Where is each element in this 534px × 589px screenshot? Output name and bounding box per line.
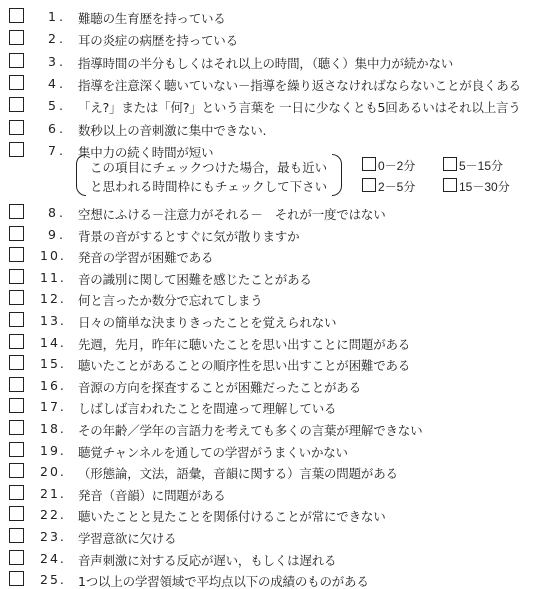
list-item[interactable]: 23.学習意欲に欠ける	[0, 528, 534, 548]
checkbox[interactable]	[362, 157, 376, 171]
checkbox[interactable]	[9, 75, 24, 90]
checkbox[interactable]	[9, 204, 24, 219]
item-number: 17.	[40, 399, 66, 414]
option-label: 5－15分	[459, 157, 503, 174]
item7-note: この項目にチェックつけた場合，最も近い と思われる時間枠にもチェックして下さい	[76, 154, 342, 198]
option-label: 0－2分	[378, 157, 415, 174]
item-text: 難聴の生育歴を持っている	[78, 9, 226, 27]
item-number: 4.	[48, 76, 66, 91]
item-text: 1つ以上の学習領域で平均点以下の成績のものがある	[78, 572, 369, 589]
checkbox[interactable]	[9, 269, 24, 284]
checkbox[interactable]	[9, 463, 24, 478]
item-text: 聴いたことがあることの順序性を思い出すことが困難である	[78, 356, 410, 374]
item-text: 指導を注意深く聴いていない－指導を繰り返さなければならないことが良くある	[78, 76, 521, 94]
item-number: 15.	[40, 356, 66, 371]
option-label: 2－5分	[378, 178, 415, 195]
option-label: 15－30分	[459, 178, 510, 195]
checkbox[interactable]	[9, 334, 24, 349]
list-item[interactable]: 25.1つ以上の学習領域で平均点以下の成績のものがある	[0, 571, 534, 589]
checkbox[interactable]	[9, 290, 24, 305]
checkbox[interactable]	[9, 442, 24, 457]
item-number: 12.	[40, 291, 66, 306]
item-number: 10.	[40, 248, 66, 263]
checkbox[interactable]	[9, 53, 24, 68]
item-text: 学習意欲に欠ける	[78, 529, 176, 547]
item-text: 音の識別に関して困難を感じたことがある	[78, 270, 312, 288]
list-item[interactable]: 10.発音の学習が困難である	[0, 247, 534, 267]
item-text: 音源の方向を探査することが困難だったことがある	[78, 378, 361, 396]
list-item[interactable]: 20.（形態論，文法，語彙，音韻に関する）言葉の問題がある	[0, 463, 534, 483]
list-item[interactable]: 17.しばしば言われたことを間違って理解している	[0, 398, 534, 418]
item-number: 16.	[40, 378, 66, 393]
item-text: 指導時間の半分もしくはそれ以上の時間，（聴く）集中力が続かない	[78, 54, 453, 72]
item-number: 21.	[40, 486, 66, 501]
list-item[interactable]: 22.聴いたことと見たことを関係付けることが常にできない	[0, 506, 534, 526]
item-text: 先週，先月，昨年に聴いたことを思い出すことに問題がある	[78, 335, 410, 353]
item-text: 日々の簡単な決まりきったことを覚えられない	[78, 313, 336, 331]
checkbox[interactable]	[9, 550, 24, 565]
item-number: 18.	[40, 421, 66, 436]
list-item[interactable]: 24.音声刺激に対する反応が遅い，もしくは遅れる	[0, 550, 534, 570]
list-item[interactable]: 1.難聴の生育歴を持っている	[0, 8, 534, 28]
item-number: 6.	[48, 121, 66, 136]
list-item[interactable]: 13.日々の簡単な決まりきったことを覚えられない	[0, 312, 534, 332]
list-item[interactable]: 9.背景の音がするとすぐに気が散りますか	[0, 226, 534, 246]
checkbox[interactable]	[9, 528, 24, 543]
note-line-1: この項目にチェックつけた場合，最も近い	[90, 158, 327, 176]
item-number: 19.	[40, 443, 66, 458]
checkbox[interactable]	[443, 178, 457, 192]
item-number: 1.	[48, 9, 66, 24]
checkbox[interactable]	[9, 97, 24, 112]
checkbox[interactable]	[9, 247, 24, 262]
item-number: 23.	[40, 529, 66, 544]
list-item[interactable]: 5.「え?」または「何?」という言葉を 一日に少なくとも5回あるいはそれ以上言う	[0, 97, 534, 117]
item-number: 24.	[40, 551, 66, 566]
list-item[interactable]: 21.発音（音韻）に問題がある	[0, 485, 534, 505]
item-number: 8.	[48, 205, 66, 220]
item-number: 7.	[48, 143, 66, 158]
list-item[interactable]: 12.何と言ったか数分で忘れてしまう	[0, 290, 534, 310]
item-number: 14.	[40, 335, 66, 350]
item-number: 22.	[40, 507, 66, 522]
close-paren	[332, 154, 342, 196]
list-item[interactable]: 3.指導時間の半分もしくはそれ以上の時間，（聴く）集中力が続かない	[0, 53, 534, 73]
note-line-2: と思われる時間枠にもチェックして下さい	[90, 177, 327, 195]
checkbox[interactable]	[9, 142, 24, 157]
list-item[interactable]: 18.その年齢／学年の言語力を考えても多くの言葉が理解できない	[0, 420, 534, 440]
list-item[interactable]: 11.音の識別に関して困難を感じたことがある	[0, 269, 534, 289]
checkbox[interactable]	[9, 420, 24, 435]
checkbox[interactable]	[362, 178, 376, 192]
item-text: 発音の学習が困難である	[78, 248, 213, 266]
item-text: その年齢／学年の言語力を考えても多くの言葉が理解できない	[78, 421, 422, 439]
list-item[interactable]: 15.聴いたことがあることの順序性を思い出すことが困難である	[0, 355, 534, 375]
item-text: 何と言ったか数分で忘れてしまう	[78, 291, 263, 309]
item-number: 9.	[48, 227, 66, 242]
checkbox[interactable]	[9, 571, 24, 586]
item-text: 聴覚チャンネルを通しての学習がうまくいかない	[78, 443, 348, 461]
item-number: 5.	[48, 98, 66, 113]
item-number: 25.	[40, 572, 66, 587]
checkbox[interactable]	[9, 506, 24, 521]
item-number: 20.	[40, 464, 66, 479]
item-number: 3.	[48, 54, 66, 69]
checkbox[interactable]	[9, 30, 24, 45]
list-item[interactable]: 2.耳の炎症の病歴を持っている	[0, 30, 534, 50]
item-text: 聴いたことと見たことを関係付けることが常にできない	[78, 507, 386, 525]
item-number: 13.	[40, 313, 66, 328]
item-text: （形態論，文法，語彙，音韻に関する）言葉の問題がある	[78, 464, 398, 482]
item-text: 空想にふける－注意力がそれる－ それが一度ではない	[78, 205, 386, 223]
checkbox[interactable]	[443, 157, 457, 171]
checkbox[interactable]	[9, 485, 24, 500]
checkbox[interactable]	[9, 312, 24, 327]
list-item[interactable]: 6.数秒以上の音刺激に集中できない.	[0, 120, 534, 140]
item-text: 耳の炎症の病歴を持っている	[78, 31, 238, 49]
item-text: 発音（音韻）に問題がある	[78, 486, 226, 504]
list-item[interactable]: 14.先週，先月，昨年に聴いたことを思い出すことに問題がある	[0, 334, 534, 354]
list-item[interactable]: 4.指導を注意深く聴いていない－指導を繰り返さなければならないことが良くある	[0, 75, 534, 95]
list-item[interactable]: 19.聴覚チャンネルを通しての学習がうまくいかない	[0, 442, 534, 462]
list-item[interactable]: 16.音源の方向を探査することが困難だったことがある	[0, 377, 534, 397]
checkbox[interactable]	[9, 120, 24, 135]
item-text: 音声刺激に対する反応が遅い，もしくは遅れる	[78, 551, 336, 569]
checkbox[interactable]	[9, 355, 24, 370]
checkbox[interactable]	[9, 398, 24, 413]
item-text: 「え?」または「何?」という言葉を 一日に少なくとも5回あるいはそれ以上言う	[78, 98, 521, 116]
item-number: 2.	[48, 31, 66, 46]
checkbox[interactable]	[9, 8, 24, 23]
item-text: しばしば言われたことを間違って理解している	[78, 399, 336, 417]
checkbox[interactable]	[9, 377, 24, 392]
open-paren	[76, 154, 86, 196]
checkbox[interactable]	[9, 226, 24, 241]
item-text: 背景の音がするとすぐに気が散りますか	[78, 227, 299, 245]
list-item[interactable]: 8.空想にふける－注意力がそれる－ それが一度ではない	[0, 204, 534, 224]
item-text: 数秒以上の音刺激に集中できない.	[78, 121, 266, 139]
item-number: 11.	[40, 270, 66, 285]
